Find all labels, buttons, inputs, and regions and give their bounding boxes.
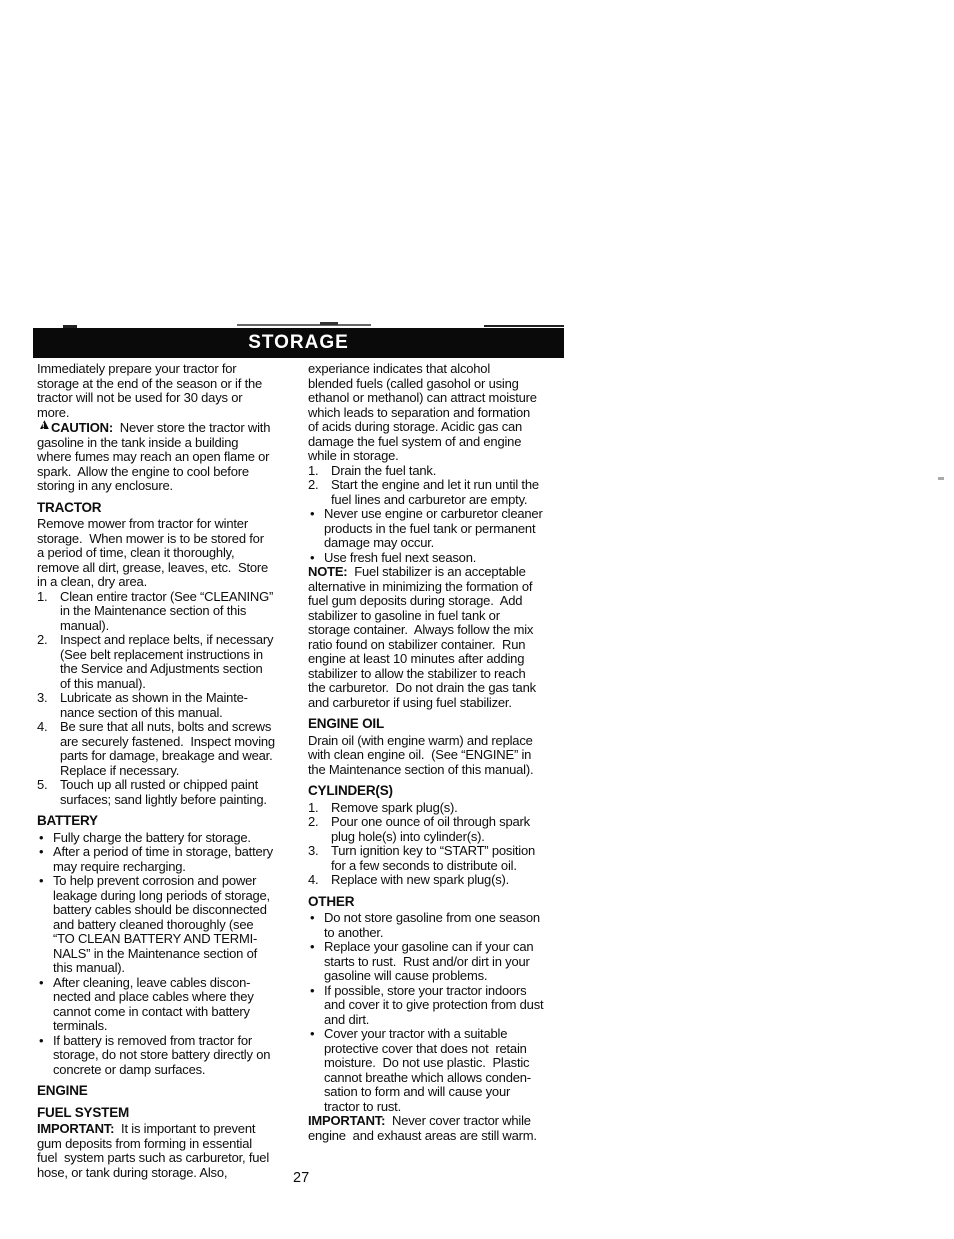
section-heading: ENGINE (37, 1084, 295, 1099)
item-number: 3. (37, 691, 47, 706)
item-number: 1. (308, 801, 318, 816)
bullet-item: •Use fresh fuel next season. (308, 551, 580, 566)
bullet-item: •After cleaning, leave cables discon-nec… (37, 976, 295, 1034)
bullet-icon: • (39, 874, 43, 889)
bullet-list: •Never use engine or carburetor cleanerp… (308, 507, 580, 565)
bold-lead: CAUTION: (51, 420, 113, 435)
content-columns: Immediately prepare your tractor forstor… (37, 362, 580, 1180)
item-text: Do not store gasoline from one seasonto … (324, 910, 540, 940)
bullet-item: •Cover your tractor with a suitableprote… (308, 1027, 580, 1114)
numbered-list: 1.Clean entire tractor (See “CLEANING”in… (37, 590, 295, 808)
item-text: Fully charge the battery for storage. (53, 830, 251, 845)
paragraph: IMPORTANT: It is important to preventgum… (37, 1122, 295, 1180)
document-page: STORAGE Immediately prepare your tractor… (0, 0, 954, 1239)
page-number: 27 (293, 1170, 309, 1186)
paragraph: Drain oil (with engine warm) and replace… (308, 734, 580, 778)
item-text: If possible, store your tractor indoorsa… (324, 983, 543, 1027)
bullet-icon: • (310, 507, 314, 522)
scan-artifact (484, 325, 564, 327)
bullet-icon: • (310, 940, 314, 955)
item-number: 2. (37, 633, 47, 648)
paragraph: NOTE: Fuel stabilizer is an acceptableal… (308, 565, 580, 710)
item-text: Remove spark plug(s). (331, 800, 458, 815)
bullet-item: •To help prevent corrosion and powerleak… (37, 874, 295, 976)
warning-triangle-icon: ▲! (37, 420, 51, 433)
item-text: Replace your gasoline can if your cansta… (324, 939, 533, 983)
item-text: Use fresh fuel next season. (324, 550, 476, 565)
bullet-item: •After a period of time in storage, batt… (37, 845, 295, 874)
paragraph: Immediately prepare your tractor forstor… (37, 362, 295, 420)
item-text: Drain the fuel tank. (331, 463, 436, 478)
item-text: Lubricate as shown in the Mainte-nance s… (60, 690, 248, 720)
section-heading: OTHER (308, 895, 580, 910)
item-text: To help prevent corrosion and powerleaka… (53, 873, 270, 975)
scan-artifact (938, 477, 944, 480)
paragraph: Remove mower from tractor for winterstor… (37, 517, 295, 590)
bullet-item: •Do not store gasoline from one seasonto… (308, 911, 580, 940)
paragraph: ▲!CAUTION: Never store the tractor withg… (37, 420, 295, 494)
bullet-icon: • (39, 845, 43, 860)
item-text: Replace with new spark plug(s). (331, 872, 509, 887)
item-text: Turn ignition key to “START” positionfor… (331, 843, 535, 873)
item-text: Be sure that all nuts, bolts and screwsa… (60, 719, 275, 778)
section-heading: BATTERY (37, 814, 295, 829)
bold-lead: NOTE: (308, 564, 347, 579)
item-number: 5. (37, 778, 47, 793)
numbered-item: 1.Remove spark plug(s). (308, 801, 580, 816)
bullet-item: •Fully charge the battery for storage. (37, 831, 295, 846)
item-number: 1. (37, 590, 47, 605)
section-title: STORAGE (248, 332, 349, 354)
item-text: After a period of time in storage, batte… (53, 844, 273, 874)
bullet-item: •If battery is removed from tractor fors… (37, 1034, 295, 1078)
bullet-icon: • (39, 976, 43, 991)
bold-lead: IMPORTANT: (308, 1113, 385, 1128)
item-number: 2. (308, 815, 318, 830)
numbered-item: 2.Inspect and replace belts, if necessar… (37, 633, 295, 691)
bullet-item: •If possible, store your tractor indoors… (308, 984, 580, 1028)
paragraph: IMPORTANT: Never cover tractor whileengi… (308, 1114, 580, 1143)
numbered-item: 2.Pour one ounce of oil through sparkplu… (308, 815, 580, 844)
bullet-icon: • (310, 984, 314, 999)
bullet-item: •Replace your gasoline can if your canst… (308, 940, 580, 984)
bullet-item: •Never use engine or carburetor cleanerp… (308, 507, 580, 551)
bullet-icon: • (310, 911, 314, 926)
item-number: 2. (308, 478, 318, 493)
numbered-item: 1.Drain the fuel tank. (308, 464, 580, 479)
bullet-list: •Do not store gasoline from one seasonto… (308, 911, 580, 1114)
numbered-item: 4.Replace with new spark plug(s). (308, 873, 580, 888)
numbered-list: 1.Remove spark plug(s).2.Pour one ounce … (308, 801, 580, 888)
bullet-icon: • (310, 551, 314, 566)
left-column: Immediately prepare your tractor forstor… (37, 362, 295, 1180)
item-text: Inspect and replace belts, if necessary(… (60, 632, 273, 691)
numbered-item: 4.Be sure that all nuts, bolts and screw… (37, 720, 295, 778)
item-text: Never use engine or carburetor cleanerpr… (324, 506, 543, 550)
paragraph: experiance indicates that alcoholblended… (308, 362, 580, 464)
item-text: Pour one ounce of oil through sparkplug … (331, 814, 530, 844)
scan-artifact (320, 322, 338, 325)
section-heading: FUEL SYSTEM (37, 1106, 295, 1121)
section-header-bar: STORAGE (33, 328, 564, 358)
item-number: 3. (308, 844, 318, 859)
numbered-item: 5.Touch up all rusted or chipped paintsu… (37, 778, 295, 807)
section-heading: CYLINDER(S) (308, 784, 580, 799)
item-text: Clean entire tractor (See “CLEANING”in t… (60, 589, 273, 633)
exclamation-glyph: ! (42, 423, 44, 431)
item-text: Touch up all rusted or chipped paintsurf… (60, 777, 267, 807)
section-heading: TRACTOR (37, 501, 295, 516)
section-heading: ENGINE OIL (308, 717, 580, 732)
scan-artifact (237, 324, 371, 326)
numbered-item: 3.Turn ignition key to “START” positionf… (308, 844, 580, 873)
item-text: If battery is removed from tractor forst… (53, 1033, 270, 1077)
item-text: Cover your tractor with a suitableprotec… (324, 1026, 531, 1114)
bullet-icon: • (39, 831, 43, 846)
bullet-icon: • (310, 1027, 314, 1042)
item-text: After cleaning, leave cables discon-nect… (53, 975, 254, 1034)
numbered-item: 1.Clean entire tractor (See “CLEANING”in… (37, 590, 295, 634)
item-number: 4. (37, 720, 47, 735)
bold-lead: IMPORTANT: (37, 1121, 114, 1136)
bullet-icon: • (39, 1034, 43, 1049)
numbered-list: 1.Drain the fuel tank.2.Start the engine… (308, 464, 580, 508)
numbered-item: 3.Lubricate as shown in the Mainte-nance… (37, 691, 295, 720)
numbered-item: 2.Start the engine and let it run until … (308, 478, 580, 507)
right-column: experiance indicates that alcoholblended… (308, 362, 580, 1180)
item-text: Start the engine and let it run until th… (331, 477, 539, 507)
bullet-list: •Fully charge the battery for storage.•A… (37, 831, 295, 1078)
item-number: 1. (308, 464, 318, 479)
item-number: 4. (308, 873, 318, 888)
